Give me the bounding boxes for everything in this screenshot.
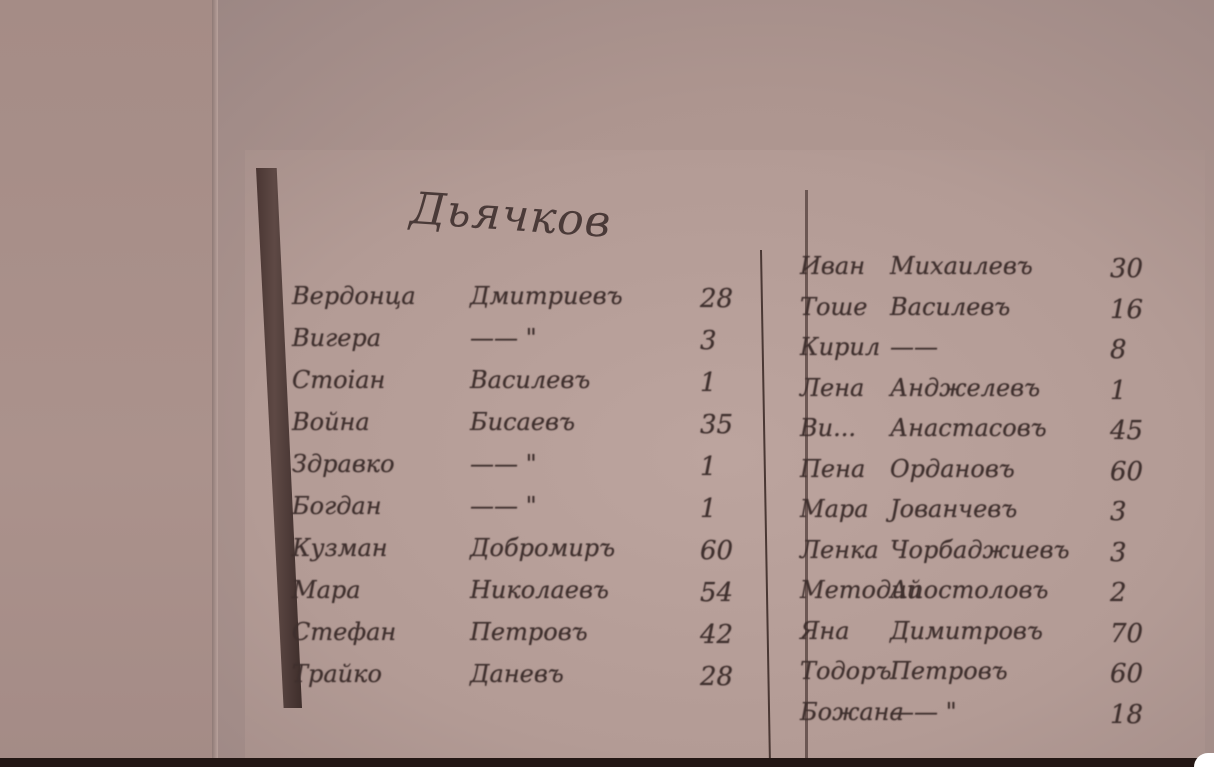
entry-surname: Даневъ	[470, 660, 564, 688]
entry-name: Вердонца	[292, 282, 416, 310]
entry-surname: Анджелевъ	[890, 374, 1040, 402]
entry-surname: Петровъ	[890, 657, 1008, 685]
entry-age: 3	[1110, 538, 1127, 568]
entry-surname: Николаевъ	[470, 576, 609, 604]
entry-age: 60	[1110, 457, 1143, 487]
entry-surname: Дмитриевъ	[470, 282, 623, 310]
entry-age: 28	[700, 662, 733, 692]
entry-surname: Василевъ	[470, 366, 590, 394]
entry-age: 1	[1110, 376, 1127, 406]
entry-surname: —— "	[470, 324, 537, 352]
entry-name: Вигера	[292, 324, 381, 352]
entry-surname: Бисаевъ	[470, 408, 575, 436]
entry-surname: Апостоловъ	[890, 576, 1048, 604]
entry-surname: —— "	[890, 698, 957, 726]
entry-age: 35	[700, 410, 733, 440]
entry-surname: —— "	[470, 492, 537, 520]
entry-name: Здравко	[292, 450, 395, 478]
entry-age: 18	[1110, 700, 1143, 730]
entry-age: 2	[1110, 578, 1127, 608]
entry-name: Богдан	[292, 492, 382, 520]
entry-name: Кузман	[292, 534, 388, 562]
entry-name: Тодоръ	[800, 657, 891, 685]
entry-age: 30	[1110, 254, 1143, 284]
entry-name: Тоше	[800, 293, 867, 321]
entry-name: Божана	[800, 698, 904, 726]
left-page	[0, 0, 215, 767]
entry-age: 45	[1110, 416, 1143, 446]
entry-name: Стоіан	[292, 366, 385, 394]
entry-surname: Јованчевъ	[890, 495, 1017, 523]
entry-surname: Добромиръ	[470, 534, 615, 562]
entry-name: Яна	[800, 617, 850, 645]
entry-name: Лена	[800, 374, 864, 402]
entry-age: 42	[700, 620, 733, 650]
entry-age: 16	[1110, 295, 1143, 325]
entry-surname: Чорбаджиевъ	[890, 536, 1069, 564]
entry-age: 60	[700, 536, 733, 566]
bottom-edge	[0, 758, 1214, 767]
entry-age: 3	[700, 326, 717, 356]
entry-surname: ——	[890, 333, 938, 361]
entry-surname: Петровъ	[470, 618, 588, 646]
entry-surname: —— "	[470, 450, 537, 478]
entry-age: 1	[700, 494, 717, 524]
entry-name: Мара	[292, 576, 361, 604]
entry-name: Стефан	[292, 618, 396, 646]
entry-surname: Василевъ	[890, 293, 1010, 321]
entry-age: 60	[1110, 659, 1143, 689]
entry-name: Мара	[800, 495, 869, 523]
entry-name: Пена	[800, 455, 865, 483]
entry-name: Кирил	[800, 333, 880, 361]
entry-age: 28	[700, 284, 733, 314]
document-photo: Дьячков ВердонцаДмитриевъ28Вигера—— "3Ст…	[0, 0, 1214, 767]
entry-age: 70	[1110, 619, 1143, 649]
entry-age: 1	[700, 368, 717, 398]
entry-surname: Димитровъ	[890, 617, 1043, 645]
entry-age: 54	[700, 578, 733, 608]
entry-age: 8	[1110, 335, 1127, 365]
entry-surname: Анастасовъ	[890, 414, 1047, 442]
entry-name: Иван	[800, 252, 865, 280]
entry-surname: Ордановъ	[890, 455, 1015, 483]
entry-surname: Михаилевъ	[890, 252, 1033, 280]
entry-name: Трайко	[292, 660, 382, 688]
entry-name: Ви...	[800, 414, 856, 442]
entry-name: Война	[292, 408, 370, 436]
entry-age: 1	[700, 452, 717, 482]
entry-age: 3	[1110, 497, 1127, 527]
entry-name: Ленка	[800, 536, 879, 564]
